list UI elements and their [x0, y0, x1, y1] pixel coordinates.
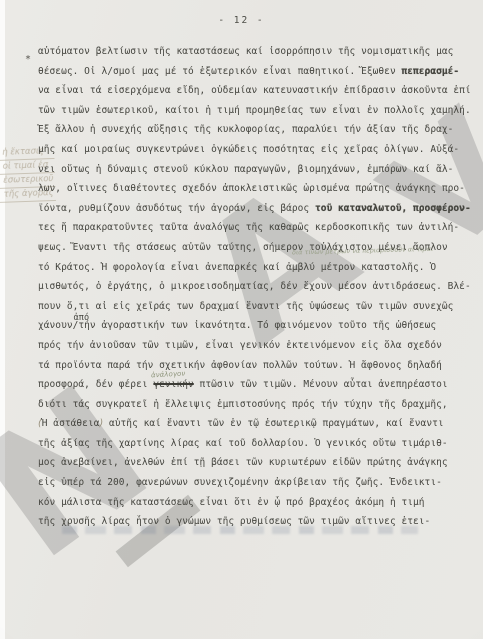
typed-text: τῶν τιμῶν ἐσωτερικοῦ, καίτοι ἡ τιμή προμ… — [38, 105, 471, 116]
scanned-document-page: N A V - 12 - * ἡ ἔκτασις οἱ τιμαί ἐσ ἐσω… — [0, 0, 483, 639]
typed-text: μος ἀνεβαίνει, ἀνελθών ἐπί τῇ βάσει τῶν … — [38, 457, 448, 468]
typed-text: /τήν ἀγοραστικήν των ἱκανότητα. Τό φαινό… — [73, 320, 436, 331]
typed-text: τῆς ἀξίας τῆς χαρτίνης λίρας καί τοῦ δολ… — [38, 438, 448, 449]
text-line: εἰς ὑπέρ τά 200, φανερώνων συνεχιζομένην… — [38, 473, 468, 493]
typed-text: χάνουν — [38, 320, 73, 331]
text-line: λων, οἵτινες διαθέτοντες σχεδόν ἀποκλεισ… — [38, 179, 468, 199]
page-number: - 12 - — [0, 15, 483, 26]
text-line: προσφορά, δέν φέρει γενικήνἀνάλογον πτῶσ… — [38, 375, 468, 395]
text-line: πουν ὅ,τι αἱ εἰς χεῖράς των δραχμαί ἔναν… — [38, 297, 468, 317]
typed-text: πρός τήν ἀνιοῦσαν τῶν τιμῶν, εἶναι γενικ… — [38, 340, 442, 351]
struck-out-word: γενικήνἀνάλογον — [153, 379, 193, 390]
bleedthrough-line — [62, 526, 418, 534]
text-line: μος ἀνεβαίνει, ἀνελθών ἐπί τῇ βάσει τῶν … — [38, 453, 468, 473]
text-line: τῶν τιμῶν ἐσωτερικοῦ, καίτοι ἡ τιμή προμ… — [38, 101, 468, 121]
typed-text: πτῶσιν τῶν τιμῶν. Μένουν αὗται ἀνεπηρέασ… — [194, 379, 448, 390]
typed-text: αὐτόματον βελτίωσιν τῆς καταστάσεως καί … — [38, 46, 453, 57]
typed-text: μῆς καί μοιραίως συγκεντρώνει ὀγκώδεις π… — [38, 144, 459, 155]
typed-text: Ἐξ ἄλλου ἡ συνεχής αὔξησις τῆς κυκλοφορί… — [38, 124, 453, 135]
text-line: μῆς καί μοιραίως συγκεντρώνει ὀγκώδεις π… — [38, 140, 468, 160]
text-line: νει οὕτως ἡ δύναμις στενοῦ κύκλου παραγω… — [38, 160, 468, 180]
bold-typed-text: τοῦ καταναλωτοῦ, προσφέρον- — [315, 203, 471, 214]
typed-text: τες ἤ παρακρατοῦντες ταῦτα ἀναλόγως τῆς … — [38, 222, 459, 233]
text-line: ψεως. Ἔναντι τῆς στάσεως αὐτῶν ταύτης, σ… — [38, 238, 468, 258]
typed-text: πουν ὅ,τι αἱ εἰς χεῖράς των δραχμαί ἔναν… — [38, 301, 453, 312]
typed-text: νει οὕτως ἡ δύναμις στενοῦ κύκλου παραγω… — [38, 164, 453, 175]
typed-text: εἰς ὑπέρ τά 200, φανερώνων συνεχιζομένην… — [38, 477, 442, 488]
typed-text: αὐτῆς καί ἔναντι τῶν ἐν τῷ ἐσωτερικῷ πρα… — [103, 418, 443, 429]
text-line: ϊόντα, ρυθμίζουν ἀσυδότως τήν ἀγοράν, εἰ… — [38, 199, 468, 219]
typed-text: λων, οἵτινες διαθέτοντες σχεδόν ἀποκλεισ… — [38, 183, 465, 194]
text-line: τά προϊόντα παρά τήν σχετικήν ἀφθονίαν π… — [38, 356, 468, 376]
typed-text: να εἶναι τά εἰσερχόμενα εἴδη, οὐδεμίαν κ… — [38, 85, 471, 96]
text-line: χάνουνἀπό/τήν ἀγοραστικήν των ἱκανότητα.… — [38, 316, 468, 336]
text-line: Ἐξ ἄλλου ἡ συνεχής αὔξησις τῆς κυκλοφορί… — [38, 120, 468, 140]
text-line: τό Κράτος. Ἡ φορολογία εἶναι ἀνεπαρκές κ… — [38, 258, 468, 278]
text-line: (Ἡ ἀστάθεια) αὐτῆς καί ἔναντι τῶν ἐν τῷ … — [38, 414, 468, 434]
typed-text: ϊόντα, ρυθμίζουν ἀσυδότως τήν ἀγοράν, εἰ… — [38, 203, 315, 214]
text-line: πρός τήν ἀνιοῦσαν τῶν τιμῶν, εἶναι γενικ… — [38, 336, 468, 356]
text-line: τες ἤ παρακρατοῦντες ταῦτα ἀναλόγως τῆς … — [38, 218, 468, 238]
body-text: αὐτόματον βελτίωσιν τῆς καταστάσεως καί … — [38, 42, 468, 532]
text-line: θέσεως. Οἱ λ/σμοί μας μέ τό ἐξωτερικόν ε… — [38, 62, 468, 82]
text-line: να εἶναι τά εἰσερχόμενα εἴδη, οὐδεμίαν κ… — [38, 81, 468, 101]
typed-text: τό Κράτος. Ἡ φορολογία εἶναι ἀνεπαρκές κ… — [38, 262, 436, 273]
text-line: κόν μάλιστα τῆς καταστάσεως εἶναι ὅτι ἐν… — [38, 493, 468, 513]
typed-text: θέσεως. Οἱ λ/σμοί μας μέ τό ἐξωτερικόν ε… — [38, 66, 401, 77]
typed-text: διότι τάς συγκρατεῖ ἡ ἔλλειψις ἐμπιστοσύ… — [38, 399, 448, 410]
typed-text: κόν μάλιστα τῆς καταστάσεως εἶναι ὅτι ἐν… — [38, 497, 425, 508]
bold-typed-text: πεπερασμέ- — [401, 66, 459, 77]
typed-text: Ἡ ἀστάθεια — [42, 418, 100, 429]
typed-text: μισθωτός, ὁ ἐργάτης, ὁ μικροεισοδηματίας… — [38, 281, 471, 292]
margin-asterisk: * — [25, 54, 31, 65]
text-line: διότι τάς συγκρατεῖ ἡ ἔλλειψις ἐμπιστοσύ… — [38, 395, 468, 415]
text-line: αὐτόματον βελτίωσιν τῆς καταστάσεως καί … — [38, 42, 468, 62]
typed-text: προσφορά, δέν φέρει — [38, 379, 153, 390]
typed-text: ψεως. Ἔναντι τῆς στάσεως αὐτῶν ταύτης, σ… — [38, 242, 448, 253]
text-line: μισθωτός, ὁ ἐργάτης, ὁ μικροεισοδηματίας… — [38, 277, 468, 297]
text-line: τῆς ἀξίας τῆς χαρτίνης λίρας καί τοῦ δολ… — [38, 434, 468, 454]
